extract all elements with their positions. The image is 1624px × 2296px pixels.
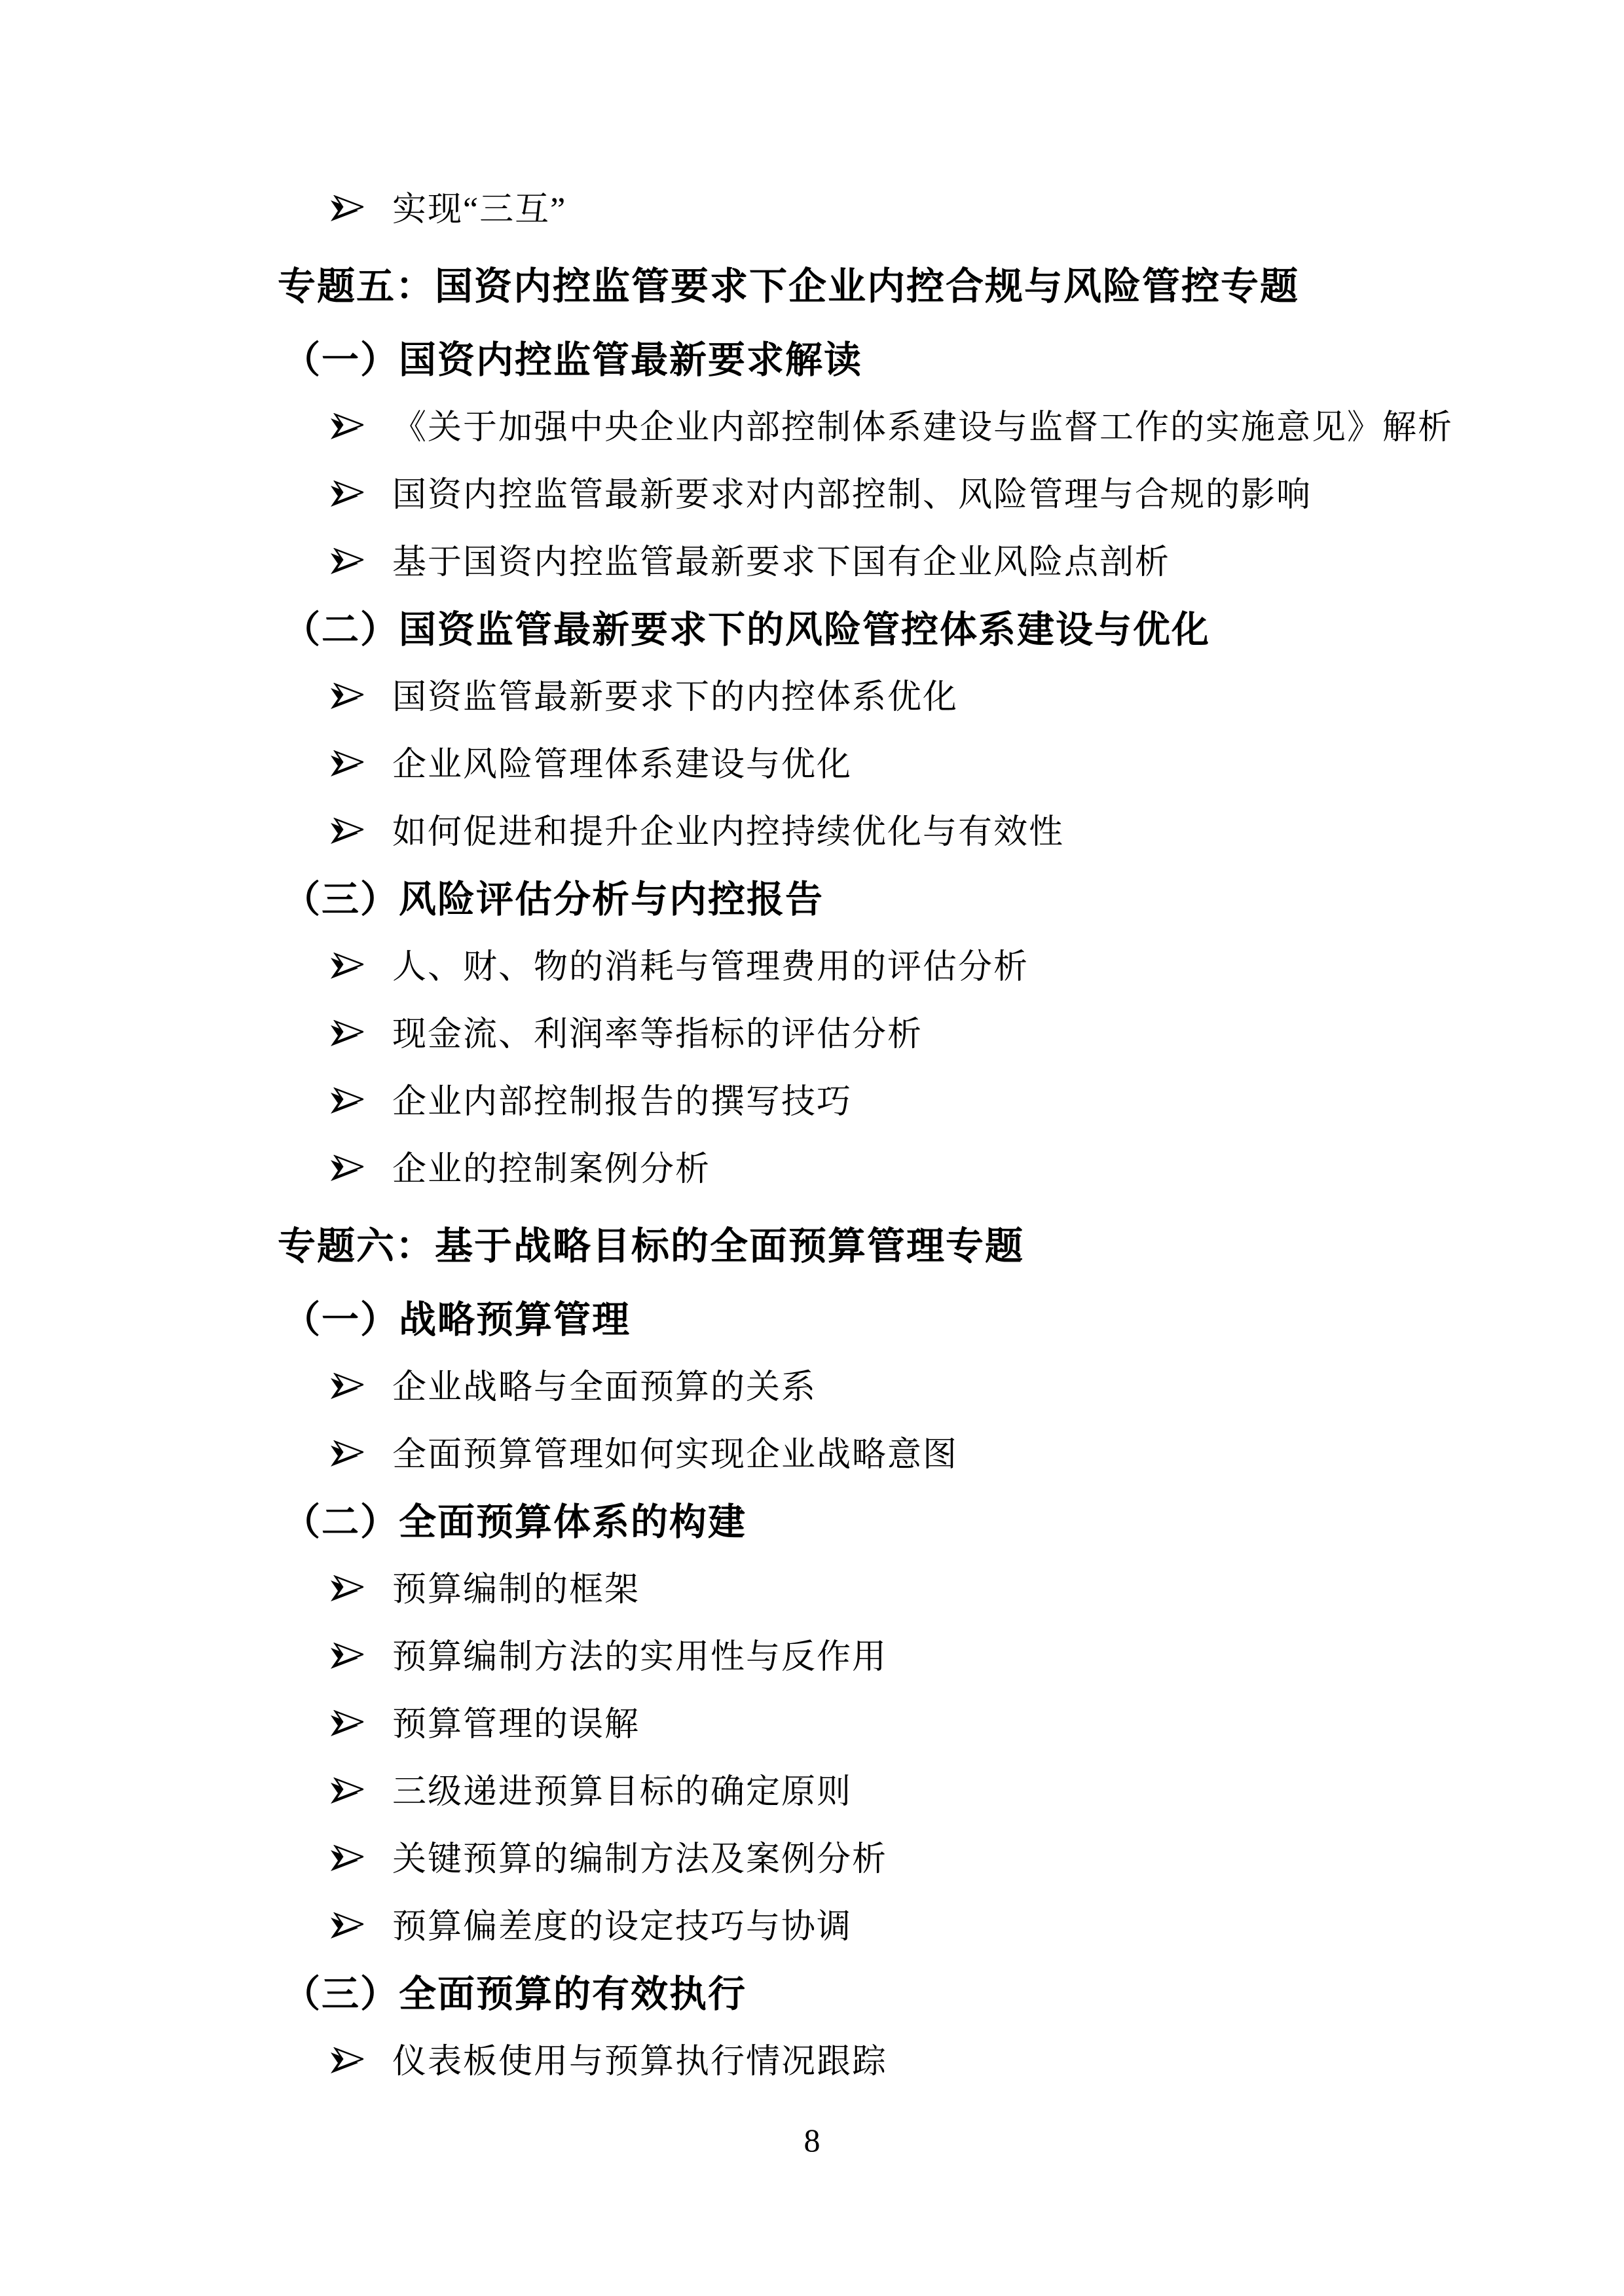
arrow-bullet-icon [331,1842,363,1870]
arrow-bullet-icon [331,1017,363,1045]
bullet-item: 国资监管最新要求下的内控体系优化 [0,660,1624,727]
arrow-bullet-icon [331,1775,363,1802]
bullet-item: 全面预算管理如何实现企业战略意图 [0,1417,1624,1485]
bullet-item: 国资内控监管最新要求对内部控制、风险管理与合规的影响 [0,458,1624,525]
bullet-text: 人、财、物的消耗与管理费用的评估分析 [392,939,1029,988]
sub-heading: （二）全面预算体系的构建 [0,1485,1624,1552]
bullet-item: 关键预算的编制方法及案例分析 [0,1822,1624,1889]
bullet-text: 预算管理的误解 [392,1696,640,1745]
outline-content: 实现“三互”专题五：国资内控监管要求下企业内控合规与风险管控专题（一）国资内控监… [0,172,1624,2092]
arrow-bullet-icon [331,1640,363,1667]
arrow-bullet-icon [331,1573,363,1600]
page-footer: 8 [0,2106,1624,2174]
bullet-text: 三级递进预算目标的确定原则 [392,1764,852,1813]
bullet-text: 企业内部控制报告的撰写技巧 [392,1074,852,1123]
heading-text: （一）战略预算管理 [283,1290,631,1343]
bullet-text: 仪表板使用与预算执行情况跟踪 [392,2033,887,2083]
arrow-bullet-icon [331,2045,363,2072]
sub-heading: （二）国资监管最新要求下的风险管控体系建设与优化 [0,592,1624,660]
arrow-bullet-icon [331,410,363,438]
sub-heading: （一）战略预算管理 [0,1283,1624,1350]
arrow-bullet-icon [331,545,363,573]
heading-text: 专题五：国资内控监管要求下企业内控合规与风险管控专题 [278,255,1299,310]
bullet-text: 现金流、利润率等指标的评估分析 [392,1006,923,1055]
section-heading: 专题五：国资内控监管要求下企业内控合规与风险管控专题 [0,249,1624,316]
heading-text: （二）国资监管最新要求下的风险管控体系建设与优化 [283,600,1210,653]
heading-text: （三）全面预算的有效执行 [283,1964,747,2018]
bullet-text: 全面预算管理如何实现企业战略意图 [392,1427,958,1476]
bullet-text: 如何促进和提升企业内控持续优化与有效性 [392,804,1064,853]
sub-heading: （三）全面预算的有效执行 [0,1957,1624,2024]
bullet-text: 国资监管最新要求下的内控体系优化 [392,669,958,718]
bullet-item: 预算编制方法的实用性与反作用 [0,1620,1624,1687]
bullet-text: 预算偏差度的设定技巧与协调 [392,1899,852,1948]
arrow-bullet-icon [331,680,363,708]
bullet-text: 关键预算的编制方法及案例分析 [392,1831,887,1880]
bullet-text: 国资内控监管最新要求对内部控制、风险管理与合规的影响 [392,467,1312,516]
bullet-text: 企业风险管理体系建设与优化 [392,737,852,786]
sub-heading: （一）国资内控监管最新要求解读 [0,323,1624,390]
arrow-bullet-icon [331,1152,363,1180]
bullet-item: 企业战略与全面预算的关系 [0,1350,1624,1417]
bullet-item: 人、财、物的消耗与管理费用的评估分析 [0,930,1624,997]
bullet-item: 仪表板使用与预算执行情况跟踪 [0,2024,1624,2092]
heading-text: （三）风险评估分析与内控报告 [283,869,824,923]
arrow-bullet-icon [331,1438,363,1465]
bullet-item: 《关于加强中央企业内部控制体系建设与监督工作的实施意见》解析 [0,390,1624,458]
bullet-text: 预算编制方法的实用性与反作用 [392,1629,887,1678]
arrow-bullet-icon [331,1707,363,1735]
page-number: 8 [804,2121,821,2159]
bullet-text: 《关于加强中央企业内部控制体系建设与监督工作的实施意见》解析 [392,399,1453,448]
bullet-item: 企业的控制案例分析 [0,1132,1624,1199]
bullet-item: 预算编制的框架 [0,1552,1624,1620]
bullet-text: 企业战略与全面预算的关系 [392,1359,817,1408]
heading-text: 专题六：基于战略目标的全面预算管理专题 [278,1215,1024,1270]
bullet-item: 如何促进和提升企业内控持续优化与有效性 [0,795,1624,862]
arrow-bullet-icon [331,815,363,843]
bullet-item: 预算偏差度的设定技巧与协调 [0,1889,1624,1957]
arrow-bullet-icon [331,748,363,775]
document-page: 实现“三互”专题五：国资内控监管要求下企业内控合规与风险管控专题（一）国资内控监… [0,0,1624,2296]
bullet-text: 实现“三互” [392,181,566,230]
sub-heading: （三）风险评估分析与内控报告 [0,862,1624,930]
bullet-item: 实现“三互” [0,172,1624,240]
heading-text: （二）全面预算体系的构建 [283,1492,747,1546]
bullet-item: 企业内部控制报告的撰写技巧 [0,1065,1624,1132]
bullet-text: 企业的控制案例分析 [392,1141,710,1190]
bullet-text: 预算编制的框架 [392,1561,640,1611]
bullet-item: 现金流、利润率等指标的评估分析 [0,997,1624,1065]
bullet-item: 三级递进预算目标的确定原则 [0,1755,1624,1822]
arrow-bullet-icon [331,1370,363,1398]
arrow-bullet-icon [331,950,363,977]
bullet-item: 基于国资内控监管最新要求下国有企业风险点剖析 [0,525,1624,592]
arrow-bullet-icon [331,192,363,220]
arrow-bullet-icon [331,478,363,505]
heading-text: （一）国资内控监管最新要求解读 [283,330,862,384]
bullet-item: 企业风险管理体系建设与优化 [0,727,1624,795]
arrow-bullet-icon [331,1910,363,1937]
bullet-item: 预算管理的误解 [0,1687,1624,1755]
section-heading: 专题六：基于战略目标的全面预算管理专题 [0,1209,1624,1276]
bullet-text: 基于国资内控监管最新要求下国有企业风险点剖析 [392,534,1170,583]
arrow-bullet-icon [331,1085,363,1112]
